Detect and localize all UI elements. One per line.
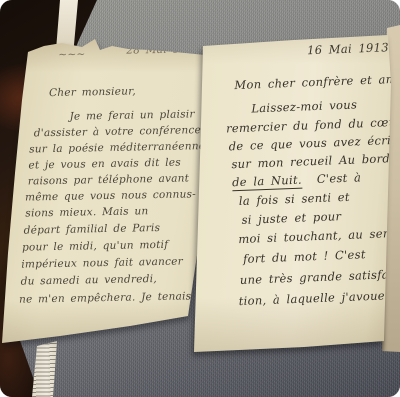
right-letter-line: tion, à laquelle j'avoue: [238, 288, 385, 308]
right-letter-line: de la Nuit.C'est à: [232, 170, 362, 189]
left-letter-line: d'assister à votre conférence: [34, 124, 201, 139]
left-letter-line: Je me ferai un plaisir: [69, 108, 194, 122]
left-letter-line: même que vous nous connus-: [25, 188, 196, 203]
left-letter-line: du samedi au vendredi,: [21, 273, 157, 288]
right-letter-line: si juste et pour: [241, 209, 341, 227]
right-letter-line: la fois si senti et: [239, 190, 351, 208]
left-letter-line: raisons par téléphone avant: [28, 172, 190, 187]
right-letter-line: moi si touchant, au sens: [238, 226, 397, 246]
left-letter-line: impérieux nous fait avancer: [21, 256, 183, 271]
left-letter-line: et je vous en avais dit les: [28, 157, 181, 172]
underlined-book-title: de la Nuit.: [232, 173, 302, 192]
right-letter-line: de ce que vous avez écrit: [228, 133, 396, 153]
right-letter-line: remercier du fond du cœur: [226, 115, 400, 136]
spacer: [302, 183, 317, 184]
photo-scene: ~~~ 28 Mai 1912 Cher monsieur, Je me fer…: [0, 0, 400, 397]
right-letter-salutation: Mon cher confrère et ami,: [234, 72, 400, 93]
right-letter-line: Laissez-moi vous: [251, 97, 357, 115]
right-letter-line: fort du mot ! C'est: [243, 247, 366, 266]
right-letter-line-continuation: C'est à: [317, 170, 362, 186]
right-letter-line: une très grande satisfac-: [240, 267, 400, 287]
right-letter-paper: 16 Mai 1913 Mon cher confrère et ami, La…: [184, 24, 400, 358]
left-letter-salutation: Cher monsieur,: [49, 85, 136, 99]
right-letter-text: 16 Mai 1913 Mon cher confrère et ami, La…: [184, 16, 400, 358]
left-letter-line: ne m'en empêchera. Je tenais: [19, 290, 192, 305]
left-letter-line: départ familial de Paris: [24, 222, 161, 237]
left-letter-line: sions mieux. Mais un: [25, 205, 148, 219]
left-letter-header-fragment: ~~~: [58, 48, 85, 61]
left-letter-line: pour le midi, qu'un motif: [22, 239, 169, 254]
right-letter: 16 Mai 1913 Mon cher confrère et ami, La…: [184, 24, 400, 358]
right-letter-date: 16 Mai 1913: [307, 40, 389, 57]
right-letter-line: sur mon recueil Au bord: [231, 151, 390, 171]
